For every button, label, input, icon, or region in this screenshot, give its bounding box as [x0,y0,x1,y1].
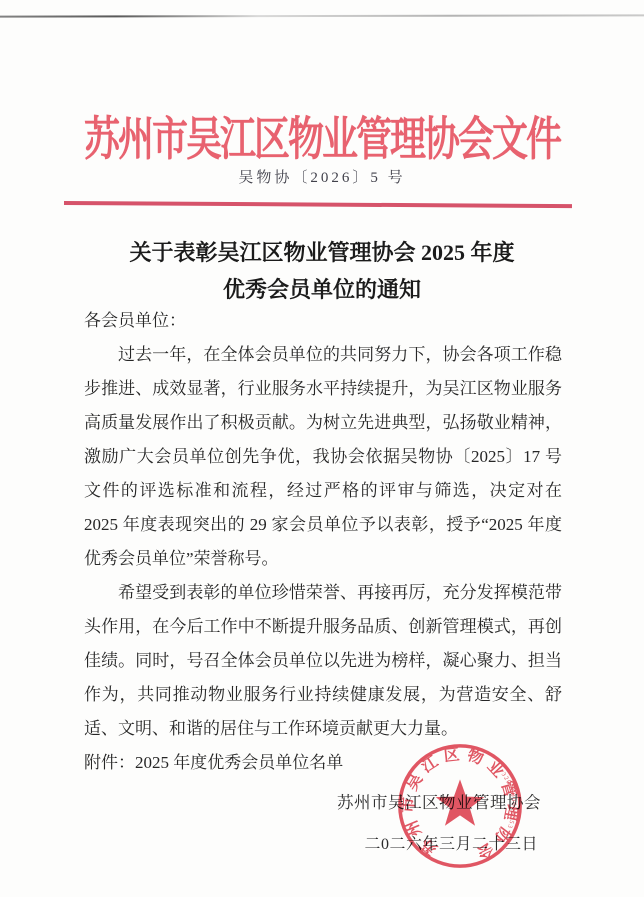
document-title-line2: 优秀会员单位的通知 [0,271,644,308]
signature-org: 苏州市吴江区物业管理协会 [337,789,541,813]
scan-artifact-line [0,14,644,17]
red-divider-line [64,201,572,208]
attachment-line: 附件：2025 年度优秀会员单位名单 [84,746,562,780]
body-paragraph-2: 希望受到表彰的单位珍惜荣誉、再接再厉，充分发挥模范带头作用，在今后工作中不断提升… [84,576,562,746]
document-title: 关于表彰吴江区物业管理协会 2025 年度 优秀会员单位的通知 [0,234,644,308]
body-paragraph-1: 过去一年，在全体会员单位的共同努力下，协会各项工作稳步推进、成效显著，行业服务水… [84,338,562,576]
signature-date: 二0二六年三月二十三日 [364,831,538,854]
document-header-title: 苏州市吴江区物业管理协会文件 [0,103,644,169]
document-page: 苏州市吴江区物业管理协会文件 吴物协〔2026〕5 号 关于表彰吴江区物业管理协… [0,0,644,897]
document-title-line1: 关于表彰吴江区物业管理协会 2025 年度 [0,234,644,271]
salutation: 各会员单位： [84,304,562,338]
document-body: 各会员单位： 过去一年，在全体会员单位的共同努力下，协会各项工作稳步推进、成效显… [84,304,562,780]
document-number: 吴物协〔2026〕5 号 [0,166,644,187]
